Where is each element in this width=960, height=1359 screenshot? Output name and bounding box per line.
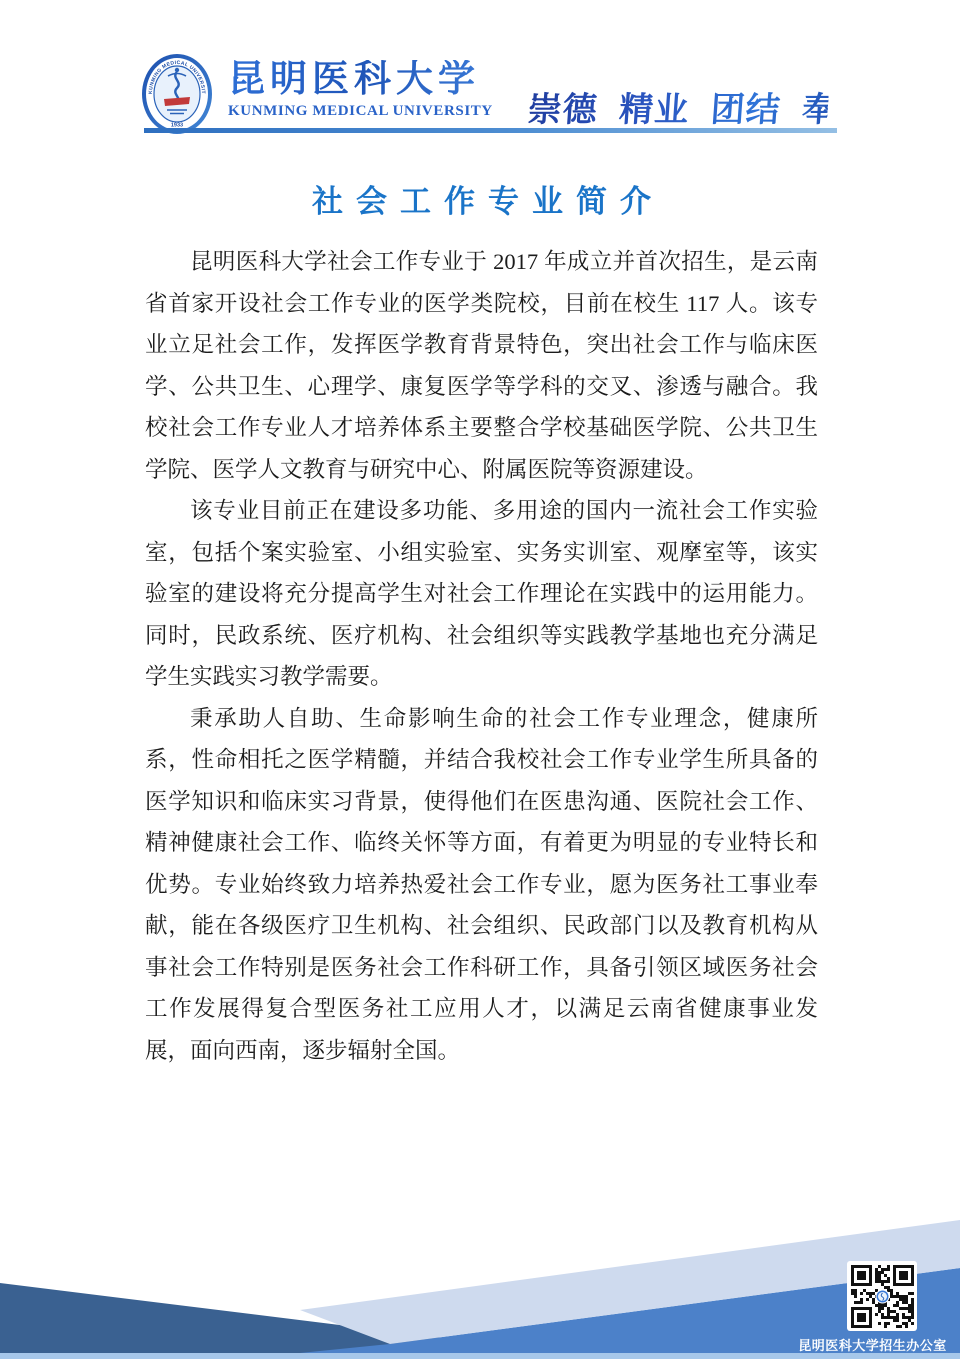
document-page: { "header": { "university_name_zh": "昆明医… xyxy=(0,0,960,1359)
qr-code-canvas xyxy=(851,1265,914,1328)
paragraph-1: 昆明医科大学社会工作专业于 2017 年成立并首次招生，是云南省首家开设社会工作… xyxy=(145,241,818,490)
paragraph-2: 该专业目前正在建设多功能、多用途的国内一流社会工作实验室，包括个案实验室、小组实… xyxy=(145,490,818,698)
university-name-en: KUNMING MEDICAL UNIVERSITY xyxy=(228,103,493,120)
paragraph-3: 秉承助人自助、生命影响生命的社会工作专业理念，健康所系，性命相托之医学精髓，并结… xyxy=(145,698,818,1072)
university-name-block: 昆明医科大学 KUNMING MEDICAL UNIVERSITY xyxy=(228,60,493,120)
qr-code xyxy=(847,1261,917,1331)
footer-decoration xyxy=(0,1180,960,1359)
header-divider xyxy=(144,128,837,133)
article-body: 昆明医科大学社会工作专业于 2017 年成立并首次招生，是云南省首家开设社会工作… xyxy=(145,241,818,1071)
admissions-office-label: 昆明医科大学招生办公室 xyxy=(795,1335,950,1354)
serpent-staff-icon xyxy=(175,68,179,72)
university-name-zh: 昆明医科大学 xyxy=(228,60,493,100)
university-motto: 崇德 精业 团结 奉献 xyxy=(526,82,829,131)
page-title: 社会工作专业简介 xyxy=(145,176,818,221)
university-seal-icon: KUNMING MEDICAL UNIVERSITY 1933 xyxy=(141,53,213,135)
